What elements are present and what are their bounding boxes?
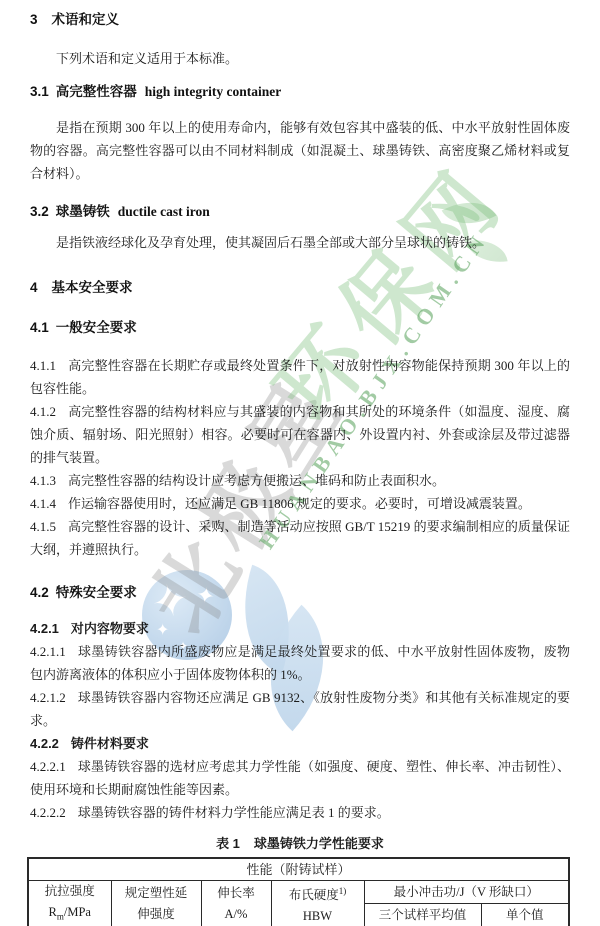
- table-header-performance: 性能（附铸试样）: [28, 858, 569, 881]
- column-header-impact-energy: 最小冲击功/J（V 形缺口）: [364, 881, 569, 904]
- column-header-elongation: 伸长率 A/%: [201, 881, 271, 926]
- clause-text: 高完整性容器的设计、采购、制造等活动应按照 GB/T 15219 的要求编制相应…: [30, 519, 570, 557]
- header-line1: 抗拉强度: [31, 881, 109, 902]
- clause-text: 高完整性容器的结构材料应与其盛装的内容物和其所处的环境条件（如温度、湿度、腐蚀介…: [30, 404, 570, 465]
- section-title: 特殊安全要求: [56, 585, 137, 600]
- clause-4-1-1: 4.1.1高完整性容器在长期贮存或最终处置条件下，对放射性内容物能保持预期 30…: [30, 354, 570, 400]
- column-header-individual-value: 单个值: [481, 904, 569, 926]
- clause-4-1-5: 4.1.5高完整性容器的设计、采购、制造等活动应按照 GB/T 15219 的要…: [30, 515, 570, 561]
- clause-number: 4.1.4: [30, 496, 56, 511]
- document-page: 3术语和定义 下列术语和定义适用于本标准。 3.1高完整性容器high inte…: [0, 0, 600, 926]
- term-zh: 高完整性容器: [56, 84, 137, 99]
- clause-number: 4.1.1: [30, 358, 56, 373]
- section-heading-4-1: 4.1一般安全要求: [30, 318, 570, 338]
- header-line2: 伸强度: [114, 904, 199, 925]
- clause-text: 球墨铸铁容器的选材应考虑其力学性能（如强度、硬度、塑性、伸长率、冲击韧性）、使用…: [30, 759, 570, 797]
- clause-number: 4.2.2.1: [30, 759, 66, 774]
- clause-4-1-3: 4.1.3高完整性容器的结构设计应考虑方便搬运、堆码和防止表面积水。: [30, 469, 570, 492]
- table-caption: 表 1球墨铸铁力学性能要求: [30, 834, 570, 854]
- section-number: 4.1: [30, 320, 49, 335]
- section-number: 4.2.1: [30, 621, 59, 636]
- section-title: 基本安全要求: [52, 280, 133, 295]
- column-header-mean-of-three: 三个试样平均值: [364, 904, 481, 926]
- mechanical-properties-table: 性能（附铸试样） 抗拉强度 Rm/MPa 规定塑性延 伸强度 伸长率 A/% 布…: [27, 857, 570, 926]
- term-en: high integrity container: [145, 84, 282, 99]
- section-heading-4-2-1: 4.2.1对内容物要求: [30, 617, 570, 640]
- section-heading-3: 3术语和定义: [30, 10, 570, 30]
- column-header-proof-strength: 规定塑性延 伸强度: [111, 881, 201, 926]
- header-line1: 布氏硬度1): [274, 881, 362, 906]
- clause-4-2-2-1: 4.2.2.1球墨铸铁容器的选材应考虑其力学性能（如强度、硬度、塑性、伸长率、冲…: [30, 755, 570, 801]
- section-number: 4.2.2: [30, 736, 59, 751]
- table-caption-label: 表 1: [216, 836, 240, 851]
- clause-number: 4.2.2.2: [30, 805, 66, 820]
- section-number: 3: [30, 12, 38, 27]
- clause-text: 作运输容器使用时，还应满足 GB 11806 规定的要求。必要时，可增设减震装置…: [68, 496, 531, 511]
- section-title: 一般安全要求: [56, 320, 137, 335]
- table-row: 性能（附铸试样）: [28, 858, 569, 881]
- clause-group-4-1: 4.1.1高完整性容器在长期贮存或最终处置条件下，对放射性内容物能保持预期 30…: [30, 354, 570, 561]
- section-heading-4-2-2: 4.2.2铸件材料要求: [30, 732, 570, 755]
- clause-number: 4.2.1.1: [30, 644, 66, 659]
- clause-text: 球墨铸铁容器的铸件材料力学性能应满足表 1 的要求。: [78, 805, 390, 820]
- term-en: ductile cast iron: [118, 204, 210, 219]
- section-number: 4.2: [30, 585, 49, 600]
- header-line2: HBW: [274, 906, 362, 926]
- clause-4-2-2-2: 4.2.2.2球墨铸铁容器的铸件材料力学性能应满足表 1 的要求。: [30, 801, 570, 824]
- section-number: 3.2: [30, 204, 49, 219]
- section-title: 对内容物要求: [71, 621, 149, 636]
- section-heading-3-1: 3.1高完整性容器high integrity container: [30, 82, 570, 102]
- section-heading-3-2: 3.2球墨铸铁ductile cast iron: [30, 202, 570, 222]
- clause-number: 4.2.1.2: [30, 690, 66, 705]
- clause-text: 高完整性容器在长期贮存或最终处置条件下，对放射性内容物能保持预期 300 年以上…: [30, 358, 570, 396]
- clause-number: 4.1.5: [30, 519, 56, 534]
- clause-group-4-2: 4.2.1对内容物要求 4.2.1.1球墨铸铁容器内所盛废物应是满足最终处置要求…: [30, 617, 570, 824]
- paragraph-definition-3-1: 是指在预期 300 年以上的使用寿命内，能够有效包容其中盛装的低、中水平放射性固…: [30, 116, 570, 185]
- clause-text: 球墨铸铁容器内容物还应满足 GB 9132、《放射性废物分类》和其他有关标准规定…: [30, 690, 570, 728]
- header-line2: Rm/MPa: [31, 902, 109, 926]
- section-number: 4: [30, 280, 38, 295]
- clause-4-1-2: 4.1.2高完整性容器的结构材料应与其盛装的内容物和其所处的环境条件（如温度、湿…: [30, 400, 570, 469]
- header-line2: A/%: [204, 904, 269, 925]
- clause-text: 高完整性容器的结构设计应考虑方便搬运、堆码和防止表面积水。: [68, 473, 445, 488]
- paragraph-definition-3-2: 是指铁液经球化及孕育处理，使其凝固后石墨全部或大部分呈球状的铸铁。: [30, 231, 570, 254]
- header-line1: 规定塑性延: [114, 883, 199, 904]
- paragraph-intro: 下列术语和定义适用于本标准。: [30, 47, 570, 70]
- column-header-tensile-strength: 抗拉强度 Rm/MPa: [28, 881, 111, 926]
- section-title: 术语和定义: [52, 12, 120, 27]
- header-line1: 伸长率: [204, 883, 269, 904]
- clause-number: 4.1.3: [30, 473, 56, 488]
- clause-4-1-4: 4.1.4作运输容器使用时，还应满足 GB 11806 规定的要求。必要时，可增…: [30, 492, 570, 515]
- table-caption-title: 球墨铸铁力学性能要求: [254, 836, 384, 851]
- clause-4-2-1-1: 4.2.1.1球墨铸铁容器内所盛废物应是满足最终处置要求的低、中水平放射性固体废…: [30, 640, 570, 686]
- term-zh: 球墨铸铁: [56, 204, 110, 219]
- section-heading-4: 4基本安全要求: [30, 278, 570, 298]
- clause-4-2-1-2: 4.2.1.2球墨铸铁容器内容物还应满足 GB 9132、《放射性废物分类》和其…: [30, 686, 570, 732]
- section-title: 铸件材料要求: [71, 736, 149, 751]
- section-number: 3.1: [30, 84, 49, 99]
- section-heading-4-2: 4.2特殊安全要求: [30, 583, 570, 603]
- column-header-brinell-hardness: 布氏硬度1) HBW: [271, 881, 364, 926]
- clause-text: 球墨铸铁容器内所盛废物应是满足最终处置要求的低、中水平放射性固体废物，废物包内游…: [30, 644, 570, 682]
- table-row: 抗拉强度 Rm/MPa 规定塑性延 伸强度 伸长率 A/% 布氏硬度1) HBW…: [28, 881, 569, 904]
- clause-number: 4.1.2: [30, 404, 56, 419]
